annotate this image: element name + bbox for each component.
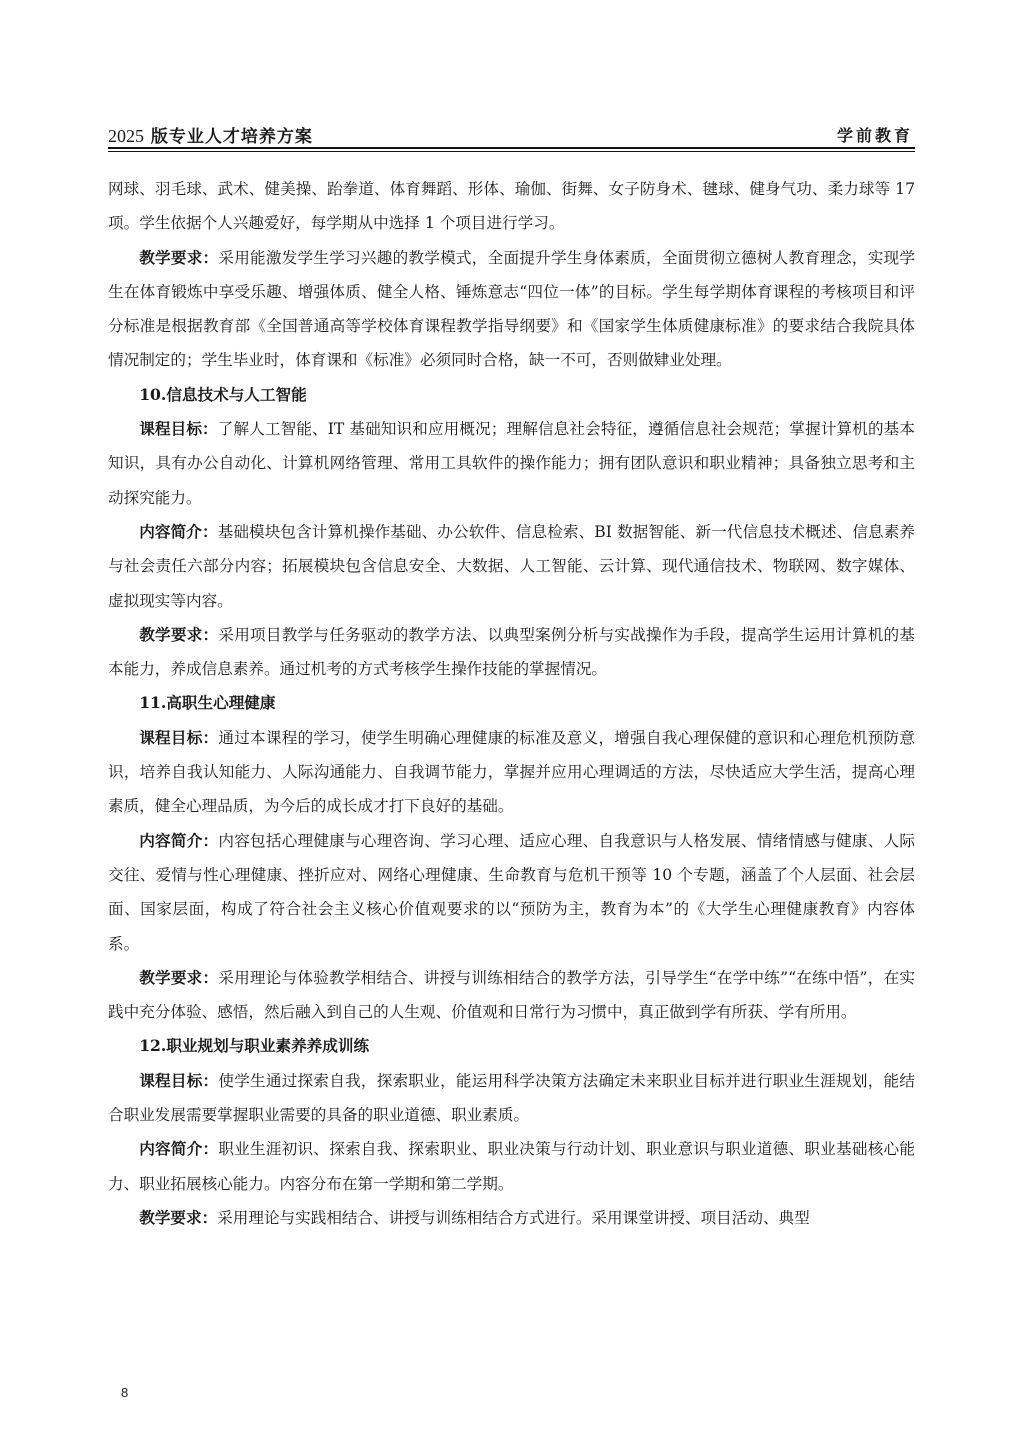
paragraph-course-goal: 课程目标：使学生通过探索自我，探索职业，能运用科学决策方法确定未来职业目标并进行… — [108, 1064, 915, 1133]
paragraph-teaching-requirements: 教学要求：采用理论与实践相结合、讲授与训练相结合方式进行。采用课堂讲授、项目活动… — [108, 1201, 915, 1235]
document-title: 2025 版专业人才培养方案 — [108, 126, 313, 147]
paragraph-teaching-requirements: 教学要求：采用项目教学与任务驱动的教学方法、以典型案例分析与实战操作为手段，提高… — [108, 618, 915, 687]
paragraph-content-intro: 内容简介：内容包括心理健康与心理咨询、学习心理、适应心理、自我意识与人格发展、情… — [108, 824, 915, 961]
label-content-intro: 内容简介： — [139, 522, 217, 541]
label-content-intro: 内容简介： — [139, 1139, 218, 1158]
text-content-intro: 内容包括心理健康与心理咨询、学习心理、适应心理、自我意识与人格发展、情绪情感与健… — [108, 832, 915, 953]
label-course-goal: 课程目标： — [139, 419, 218, 438]
paragraph-sports-items: 网球、羽毛球、武术、健美操、跆拳道、体育舞蹈、形体、瑜伽、街舞、女子防身术、毽球… — [108, 172, 915, 241]
paragraph-pe-teaching: 教学要求：采用能激发学生学习兴趣的教学模式，全面提升学生身体素质，全面贯彻立德树… — [108, 241, 915, 378]
label-teaching-requirements: 教学要求： — [139, 968, 218, 987]
text-teaching-requirements: 采用理论与体验教学相结合、讲授与训练相结合的教学方法，引导学生“在学中练”“在练… — [108, 969, 915, 1021]
section-title-11: 11.高职生心理健康 — [108, 686, 915, 720]
label-teaching-requirements: 教学要求： — [139, 625, 218, 644]
document-title-text: 版专业人才培养方案 — [144, 127, 313, 147]
header-rule-thin — [108, 151, 915, 152]
label-content-intro: 内容简介： — [139, 831, 218, 850]
header-rule-thick — [108, 147, 915, 149]
label-teaching-requirements: 教学要求： — [139, 248, 218, 267]
paragraph-content-intro: 内容简介：职业生涯初识、探索自我、探索职业、职业决策与行动计划、职业意识与职业道… — [108, 1132, 915, 1201]
paragraph-course-goal: 课程目标：通过本课程的学习，使学生明确心理健康的标准及意义，增强自我心理保健的意… — [108, 721, 915, 824]
text-course-goal: 了解人工智能、IT 基础知识和应用概况；理解信息社会特征，遵循信息社会规范；掌握… — [108, 420, 915, 507]
text-teaching-requirements: 采用能激发学生学习兴趣的教学模式，全面提升学生身体素质，全面贯彻立德树人教育理念… — [108, 249, 915, 370]
paragraph-course-goal: 课程目标：了解人工智能、IT 基础知识和应用概况；理解信息社会特征，遵循信息社会… — [108, 412, 915, 515]
paragraph-content-intro: 内容简介：基础模块包含计算机操作基础、办公软件、信息检索、BI 数据智能、新一代… — [108, 515, 915, 618]
page-body: 网球、羽毛球、武术、健美操、跆拳道、体育舞蹈、形体、瑜伽、街舞、女子防身术、毽球… — [108, 172, 915, 1235]
text-course-goal: 通过本课程的学习，使学生明确心理健康的标准及意义，增强自我心理保健的意识和心理危… — [108, 729, 915, 816]
text-course-goal: 使学生通过探索自我，探索职业，能运用科学决策方法确定未来职业目标并进行职业生涯规… — [108, 1072, 915, 1124]
document-year: 2025 — [108, 126, 144, 146]
label-course-goal: 课程目标： — [139, 1071, 218, 1090]
text-content-intro: 基础模块包含计算机操作基础、办公软件、信息检索、BI 数据智能、新一代信息技术概… — [108, 523, 915, 610]
text-teaching-requirements: 采用理论与实践相结合、讲授与训练相结合方式进行。采用课堂讲授、项目活动、典型 — [217, 1209, 810, 1227]
page-number: 8 — [121, 1385, 128, 1400]
text-content-intro: 职业生涯初识、探索自我、探索职业、职业决策与行动计划、职业意识与职业道德、职业基… — [108, 1140, 915, 1192]
section-title-10: 10.信息技术与人工智能 — [108, 378, 915, 412]
label-teaching-requirements: 教学要求： — [139, 1208, 217, 1227]
paragraph-teaching-requirements: 教学要求：采用理论与体验教学相结合、讲授与训练相结合的教学方法，引导学生“在学中… — [108, 961, 915, 1030]
department-name: 学前教育 — [837, 126, 913, 146]
text-teaching-requirements: 采用项目教学与任务驱动的教学方法、以典型案例分析与实战操作为手段，提高学生运用计… — [108, 626, 915, 678]
section-title-12: 12.职业规划与职业素养养成训练 — [108, 1029, 915, 1063]
label-course-goal: 课程目标： — [139, 728, 218, 747]
